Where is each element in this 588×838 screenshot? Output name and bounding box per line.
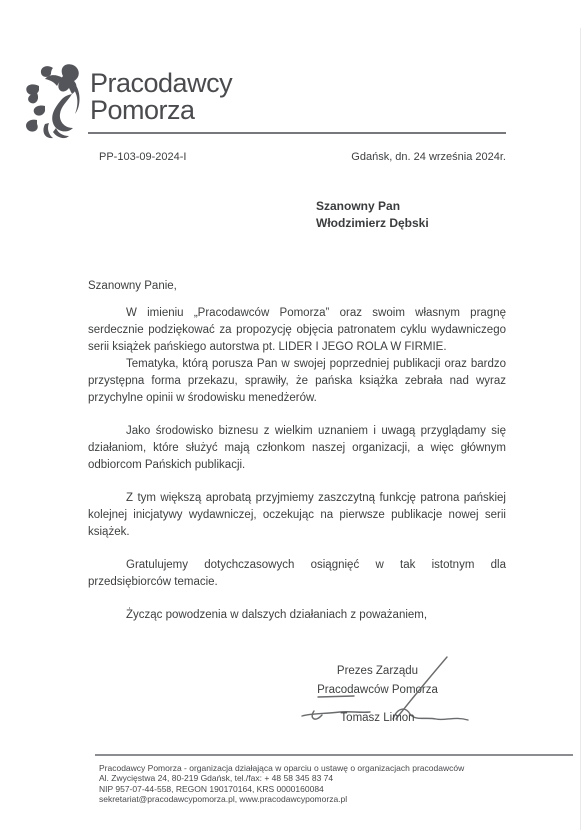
letter-page: Pracodawcy Pomorza PP-103-09-2024-I Gdań… (0, 0, 588, 838)
signatory-title-line2: Pracodawców Pomorza (295, 681, 460, 700)
footer-block: Pracodawcy Pomorza - organizacja działaj… (99, 763, 559, 805)
paragraph: Z tym większą aprobatą przyjmiemy zaszcz… (88, 490, 506, 541)
footer-line-registry: NIP 957-07-44-558, REGON 190170164, KRS … (99, 784, 559, 794)
signatory-name: Tomasz Limon (295, 712, 460, 724)
letter-salutation: Szanowny Panie, (88, 278, 506, 295)
griffin-logo-icon (22, 62, 88, 140)
letter-body: Szanowny Panie, W imieniu „Pracodawców P… (88, 278, 506, 640)
org-wordmark-line1: Pracodawcy (90, 70, 232, 97)
scan-edge-artifact (580, 28, 581, 830)
footer-divider (95, 754, 573, 756)
recipient-block: Szanowny Pan Włodzimierz Dębski (316, 198, 429, 232)
footer-line-address: Al. Zwycięstwa 24, 80-219 Gdańsk, tel./f… (99, 773, 559, 783)
paragraph: Tematyka, którą porusza Pan w swojej pop… (88, 356, 506, 407)
footer-line-contact: sekretariat@pracodawcypomorza.pl, www.pr… (99, 794, 559, 804)
org-wordmark-line2: Pomorza (90, 97, 232, 124)
paragraph: Gratulujemy dotychczasowych osiągnięć w … (88, 557, 506, 591)
signatory-title-line1: Prezes Zarządu (295, 662, 460, 681)
paragraph: W imieniu „Pracodawców Pomorza” oraz swo… (88, 305, 506, 356)
org-wordmark: Pracodawcy Pomorza (90, 70, 232, 124)
meta-row: PP-103-09-2024-I Gdańsk, dn. 24 września… (99, 151, 506, 163)
recipient-name: Włodzimierz Dębski (316, 215, 429, 232)
reference-number: PP-103-09-2024-I (99, 151, 186, 163)
signature-title-block: Prezes Zarządu Pracodawców Pomorza (295, 662, 460, 700)
header-divider (88, 132, 506, 134)
footer-line-org: Pracodawcy Pomorza - organizacja działaj… (99, 763, 559, 773)
closing-line: Życząc powodzenia w dalszych działaniach… (88, 607, 506, 624)
paragraph: Jako środowisko biznesu z wielkim uznani… (88, 423, 506, 474)
place-and-date: Gdańsk, dn. 24 września 2024r. (351, 151, 506, 163)
recipient-salutation: Szanowny Pan (316, 198, 429, 215)
